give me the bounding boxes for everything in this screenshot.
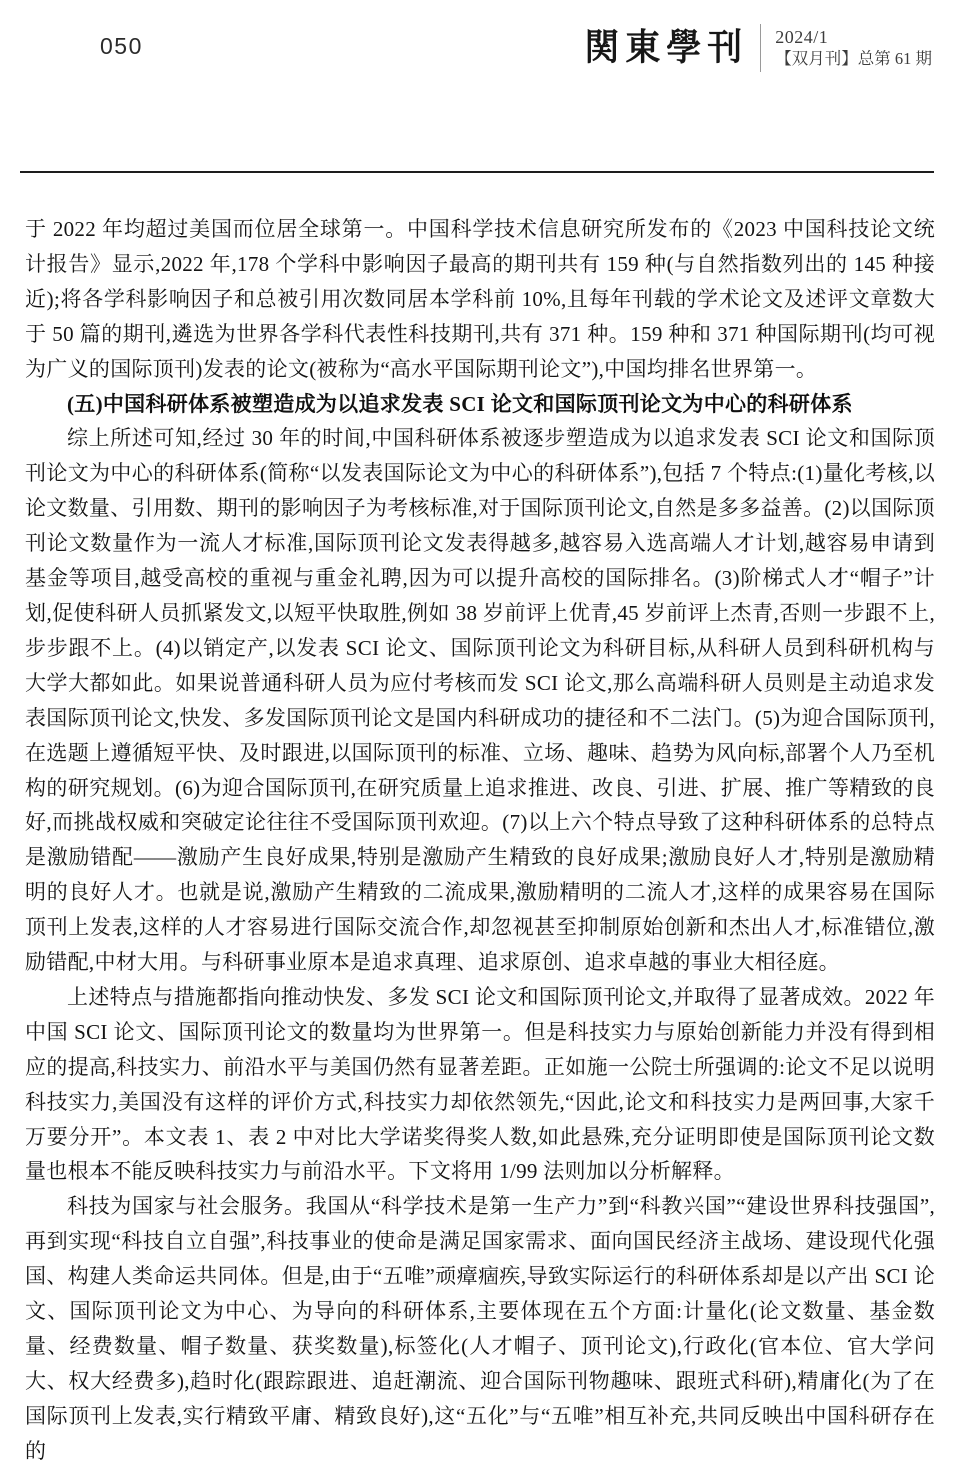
issue-number: 【双月刊】总第 61 期 — [775, 48, 932, 70]
paragraph: 上述特点与措施都指向推动快发、多发 SCI 论文和国际顶刊论文,并取得了显著成效… — [25, 980, 935, 1189]
journal-masthead: 関東學刊 2024/1 【双月刊】总第 61 期 — [584, 24, 932, 72]
journal-page: 050 関東學刊 2024/1 【双月刊】总第 61 期 于 2022 年均超过… — [0, 0, 958, 1476]
paragraph: 科技为国家与社会服务。我国从“科学技术是第一生产力”到“科教兴国”“建设世界科技… — [25, 1189, 935, 1468]
section-heading: (五)中国科研体系被塑造成为以追求发表 SCI 论文和国际顶刊论文为中心的科研体… — [25, 387, 935, 422]
journal-name-calligraphy: 関東學刊 — [584, 23, 760, 73]
paragraph-continuation: 于 2022 年均超过美国而位居全球第一。中国科学技术信息研究所发布的《2023… — [25, 212, 935, 387]
paragraph: 综上所述可知,经过 30 年的时间,中国科研体系被逐步塑造成为以追求发表 SCI… — [25, 421, 935, 980]
page-header: 050 関東學刊 2024/1 【双月刊】总第 61 期 — [0, 0, 958, 170]
page-number: 050 — [100, 33, 143, 60]
issue-info: 2024/1 【双月刊】总第 61 期 — [775, 26, 932, 70]
article-body: 于 2022 年均超过美国而位居全球第一。中国科学技术信息研究所发布的《2023… — [25, 212, 935, 1469]
header-rule — [20, 171, 934, 173]
issue-date: 2024/1 — [775, 26, 932, 48]
masthead-divider — [760, 24, 761, 72]
